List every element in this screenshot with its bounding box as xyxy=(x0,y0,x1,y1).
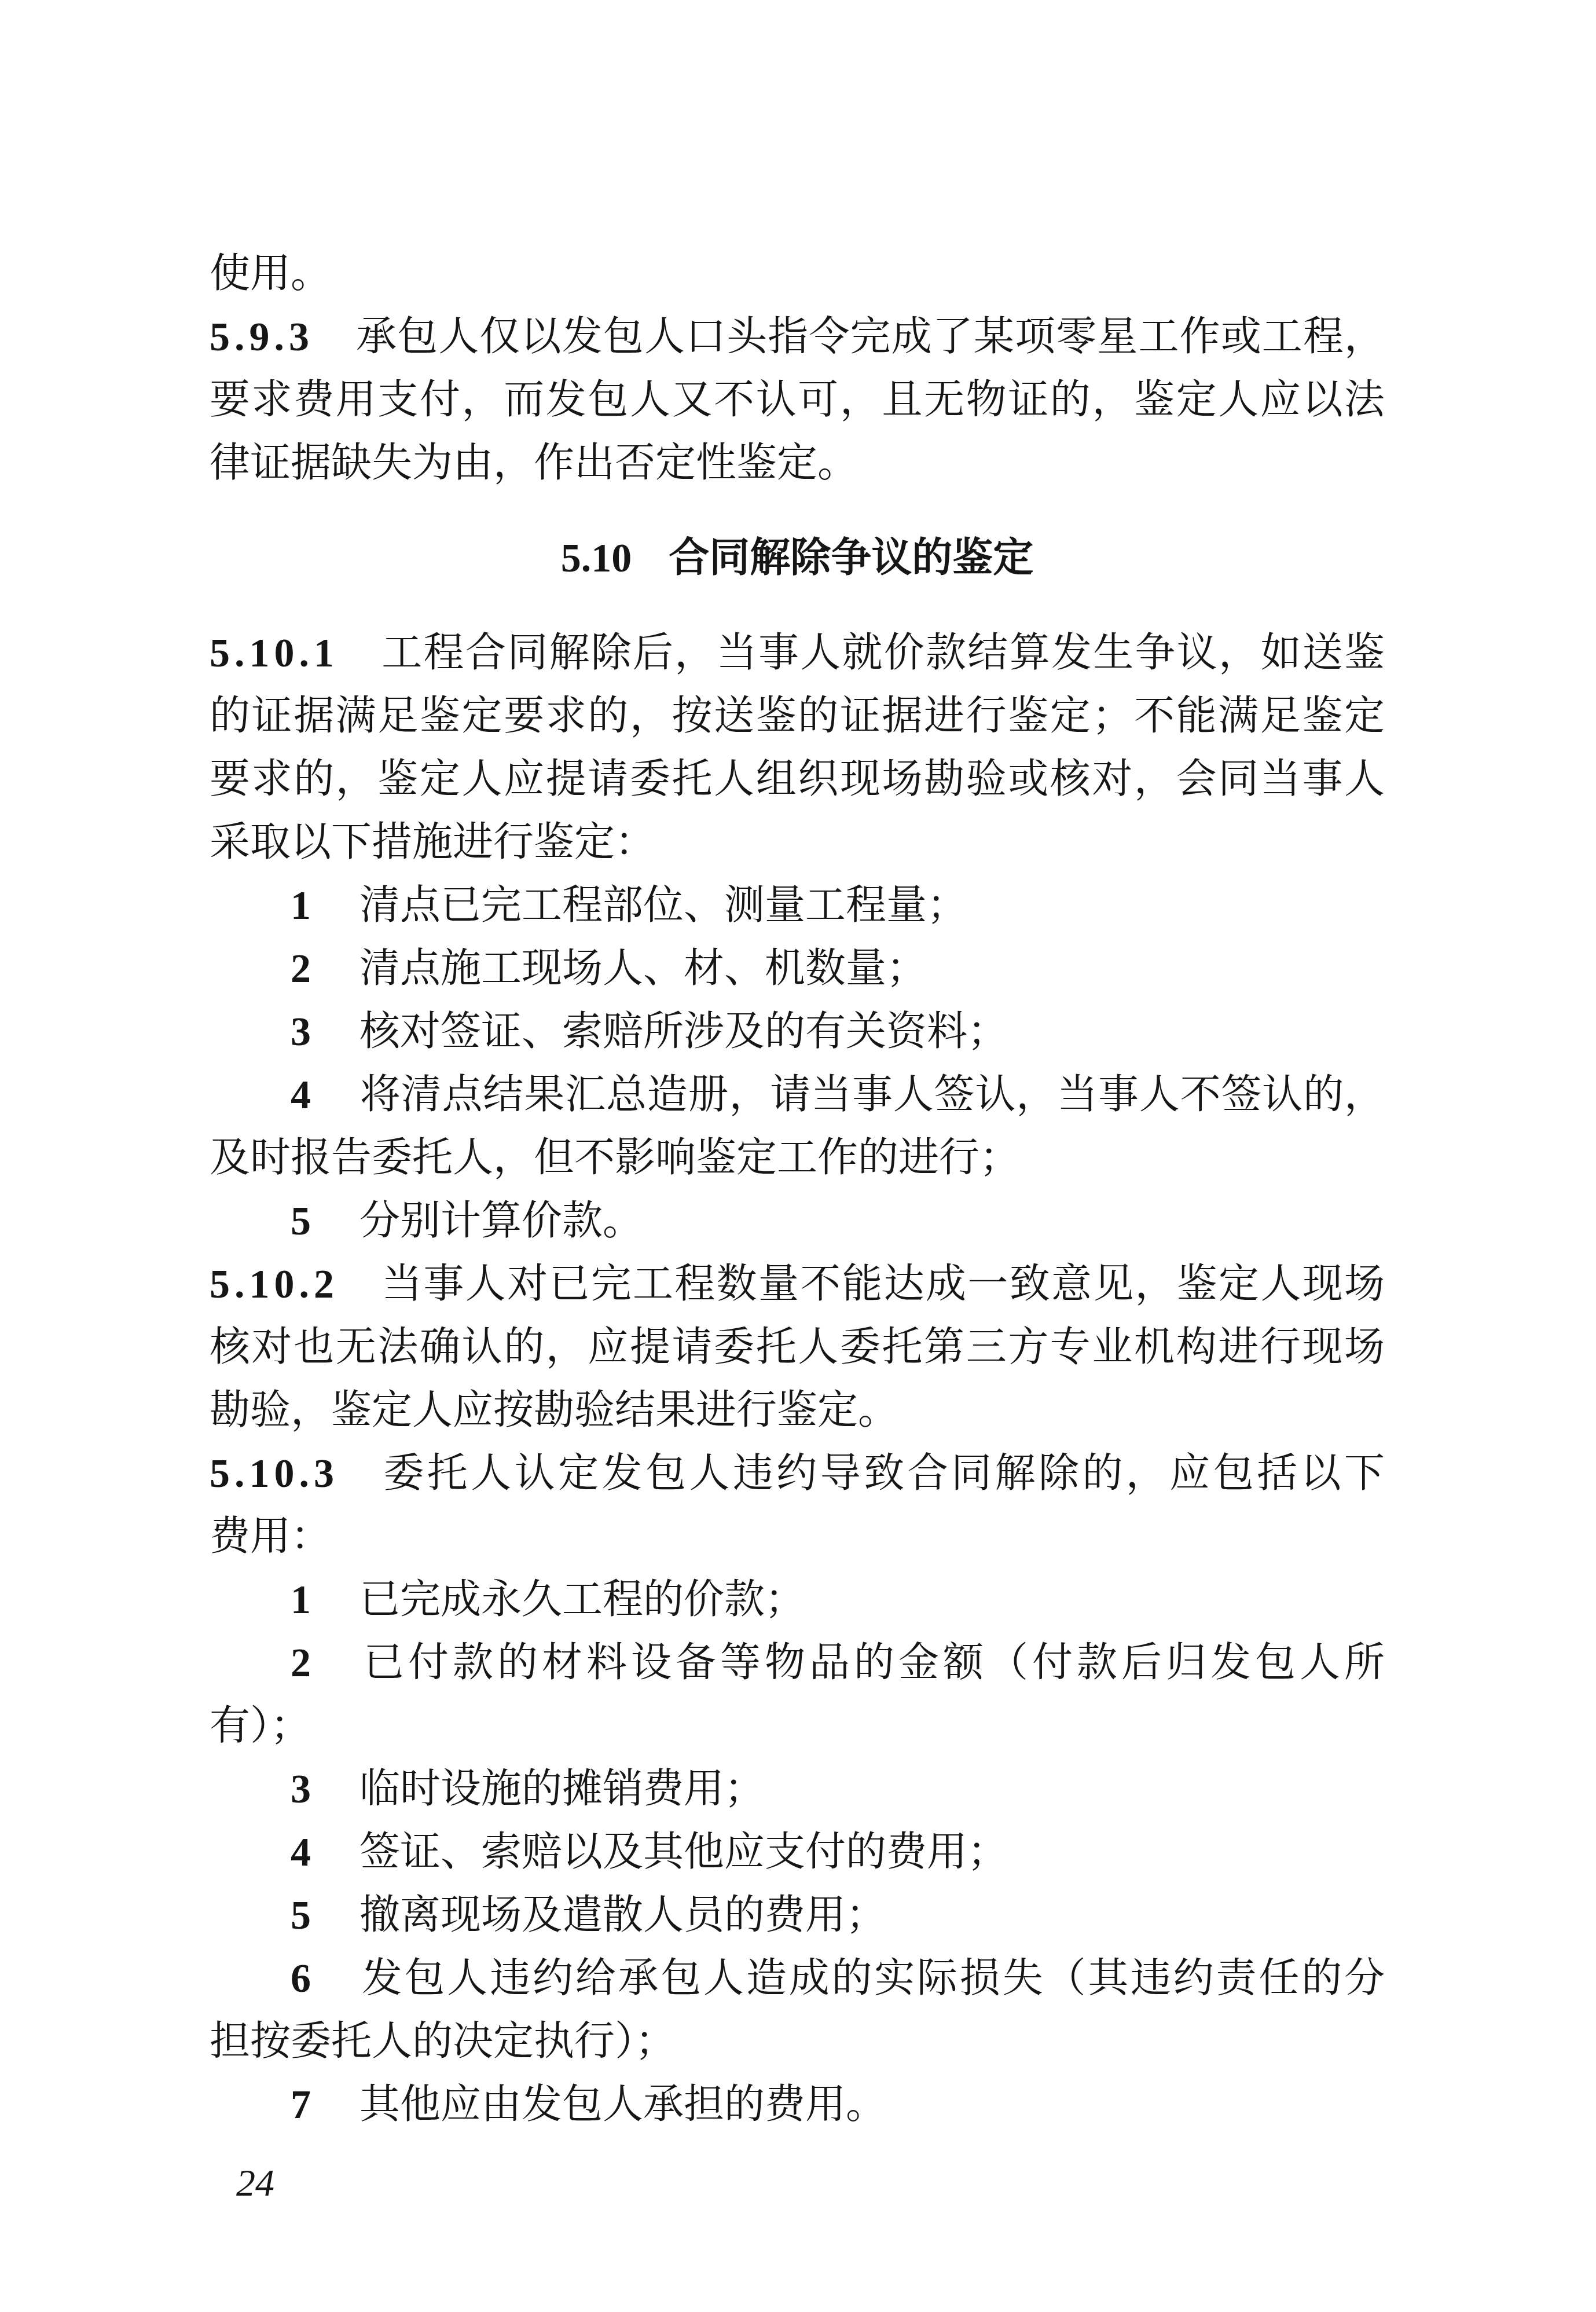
item-text: 分别计算价款。 xyxy=(359,1199,643,1244)
list-b-item-5: 5撤离现场及遣散人员的费用； xyxy=(210,1884,1385,1947)
list-b-item-6: 6发包人违约给承包人造成的实际损失（其违约责任的分 xyxy=(210,1947,1385,2010)
clause-number: 5.10.3 xyxy=(210,1452,339,1496)
clause-5-10-2-line: 勘验，鉴定人应按勘验结果进行鉴定。 xyxy=(210,1379,1385,1442)
list-b-item-3: 3临时设施的摊销费用； xyxy=(210,1758,1385,1821)
clause-5-9-3-line: 律证据缺失为由，作出否定性鉴定。 xyxy=(210,432,1385,495)
item-number: 5 xyxy=(291,1199,311,1244)
item-text: 临时设施的摊销费用； xyxy=(359,1767,765,1812)
item-text: 已完成永久工程的价款； xyxy=(359,1578,805,1622)
item-text: 发包人违约给承包人造成的实际损失（其违约责任的分 xyxy=(359,1956,1385,2001)
item-text: 清点施工现场人、材、机数量； xyxy=(359,947,927,991)
item-text: 其他应由发包人承担的费用。 xyxy=(359,2083,886,2127)
item-number: 5 xyxy=(291,1893,311,1938)
list-a-item-4-continuation: 及时报告委托人，但不影响鉴定工作的进行； xyxy=(210,1127,1385,1190)
clause-5-10-3-line: 5.10.3委托人认定发包人违约导致合同解除的，应包括以下 xyxy=(210,1442,1385,1505)
clause-text: 承包人仅以发包人口头指令完成了某项零星工作或工程， xyxy=(355,315,1385,360)
item-text: 已付款的材料设备等物品的金额（付款后归发包人所 xyxy=(359,1641,1385,1686)
clause-5-10-1-line: 采取以下措施进行鉴定： xyxy=(210,811,1385,874)
item-text: 核对签证、索赔所涉及的有关资料； xyxy=(359,1010,1008,1054)
item-number: 7 xyxy=(291,2083,311,2127)
item-number: 1 xyxy=(291,1578,311,1622)
list-a-item-3: 3核对签证、索赔所涉及的有关资料； xyxy=(210,1001,1385,1064)
item-number: 3 xyxy=(291,1010,311,1054)
clause-5-10-1-line: 5.10.1工程合同解除后，当事人就价款结算发生争议，如送鉴 xyxy=(210,622,1385,685)
clause-number: 5.9.3 xyxy=(210,315,314,360)
list-b-item-4: 4签证、索赔以及其他应支付的费用； xyxy=(210,1821,1385,1884)
section-title: 合同解除争议的鉴定 xyxy=(669,536,1033,581)
item-text: 清点已完工程部位、测量工程量； xyxy=(359,884,967,928)
list-a-item-4: 4将清点结果汇总造册，请当事人签认，当事人不签认的， xyxy=(210,1064,1385,1127)
list-b-item-2: 2已付款的材料设备等物品的金额（付款后归发包人所 xyxy=(210,1632,1385,1695)
clause-text: 工程合同解除后，当事人就价款结算发生争议，如送鉴 xyxy=(380,631,1385,676)
list-a-item-5: 5分别计算价款。 xyxy=(210,1190,1385,1253)
item-number: 4 xyxy=(291,1830,311,1875)
list-b-item-2-continuation: 有）； xyxy=(210,1695,1385,1758)
item-text: 撤离现场及遣散人员的费用； xyxy=(359,1893,886,1938)
clause-5-10-2-line: 核对也无法确认的，应提请委托人委托第三方专业机构进行现场 xyxy=(210,1316,1385,1379)
item-number: 4 xyxy=(291,1073,311,1117)
clause-text: 委托人认定发包人违约导致合同解除的，应包括以下 xyxy=(380,1452,1385,1496)
section-number: 5.10 xyxy=(561,536,632,581)
clause-5-10-1-line: 要求的，鉴定人应提请委托人组织现场勘验或核对，会同当事人 xyxy=(210,748,1385,811)
list-b-item-7: 7其他应由发包人承担的费用。 xyxy=(210,2073,1385,2137)
list-a-item-1: 1清点已完工程部位、测量工程量； xyxy=(210,874,1385,937)
item-number: 2 xyxy=(291,1641,311,1686)
page-content: 使用。 5.9.3承包人仅以发包人口头指令完成了某项零星工作或工程， 要求费用支… xyxy=(210,243,1385,2137)
item-text: 签证、索赔以及其他应支付的费用； xyxy=(359,1830,1008,1875)
clause-5-10-2-line: 5.10.2当事人对已完工程数量不能达成一致意见，鉴定人现场 xyxy=(210,1253,1385,1316)
clause-number: 5.10.1 xyxy=(210,631,339,676)
list-a-item-2: 2清点施工现场人、材、机数量； xyxy=(210,937,1385,1001)
item-text: 将清点结果汇总造册，请当事人签认，当事人不签认的， xyxy=(359,1073,1385,1117)
item-number: 6 xyxy=(291,1956,311,2001)
item-number: 1 xyxy=(291,884,311,928)
clause-text: 当事人对已完工程数量不能达成一致意见，鉴定人现场 xyxy=(380,1262,1385,1307)
section-heading: 5.10合同解除争议的鉴定 xyxy=(210,527,1385,590)
clause-number: 5.10.2 xyxy=(210,1262,339,1307)
clause-5-9-3-line: 5.9.3承包人仅以发包人口头指令完成了某项零星工作或工程， xyxy=(210,306,1385,369)
clause-5-9-3-line: 要求费用支付，而发包人又不认可，且无物证的，鉴定人应以法 xyxy=(210,369,1385,432)
page-number: 24 xyxy=(236,2163,274,2204)
list-b-item-6-continuation: 担按委托人的决定执行）； xyxy=(210,2010,1385,2073)
paragraph-continuation-line: 使用。 xyxy=(210,243,1385,306)
item-number: 3 xyxy=(291,1767,311,1812)
clause-5-10-3-line: 费用： xyxy=(210,1505,1385,1569)
item-number: 2 xyxy=(291,947,311,991)
list-b-item-1: 1已完成永久工程的价款； xyxy=(210,1569,1385,1632)
clause-5-10-1-line: 的证据满足鉴定要求的，按送鉴的证据进行鉴定；不能满足鉴定 xyxy=(210,685,1385,748)
